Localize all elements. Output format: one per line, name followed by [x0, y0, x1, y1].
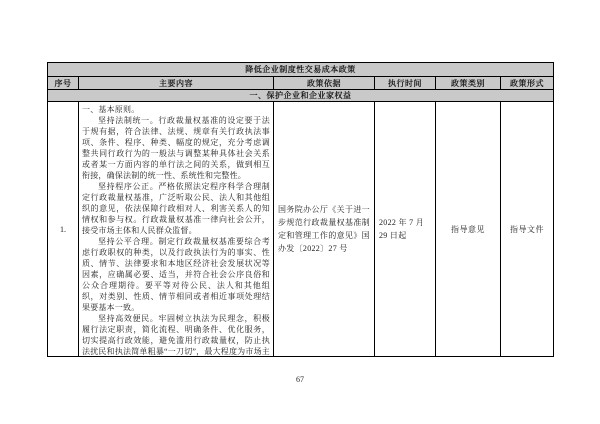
column-header-3: 执行时间 [375, 77, 436, 90]
column-header-4: 政策类别 [436, 77, 501, 90]
table-title-row: 降低企业制度性交易成本政策 [48, 63, 554, 77]
policy-table: 降低企业制度性交易成本政策 序号主要内容政策依据执行时间政策类别政策形式 一、保… [47, 62, 554, 357]
table-row: 1. 一、基本原则。坚持法制统一。行政裁量权基准的设定要于法于规有据，符合法律、… [48, 102, 554, 357]
column-header-5: 政策形式 [501, 77, 554, 90]
execution-time-cell: 2022 年 7 月 29 日起 [375, 102, 436, 357]
column-header-0: 序号 [48, 77, 79, 90]
column-header-2: 政策依据 [274, 77, 375, 90]
table-title: 降低企业制度性交易成本政策 [48, 63, 554, 77]
policy-basis-cell: 国务院办公厅《关于进一步规范行政裁量权基准制定和管理工作的意见》国办发〔2022… [274, 102, 375, 357]
section-row: 一、保护企业和企业家权益 [48, 90, 554, 102]
document-page: 降低企业制度性交易成本政策 序号主要内容政策依据执行时间政策类别政策形式 一、保… [0, 0, 600, 424]
policy-category-cell: 指导意见 [436, 102, 501, 357]
section-heading: 一、保护企业和企业家权益 [48, 90, 554, 102]
content-paragraph: 一、基本原则。 [82, 104, 270, 115]
main-content-cell-text: 一、基本原则。坚持法制统一。行政裁量权基准的设定要于法于规有据，符合法律、法规、… [79, 102, 273, 356]
content-paragraph: 坚持程序公正。严格依照法定程序科学合理制定行政裁量权基准，广泛听取公民、法人和其… [82, 181, 270, 236]
row-index-cell: 1. [48, 102, 79, 357]
main-content-cell: 一、基本原则。坚持法制统一。行政裁量权基准的设定要于法于规有据，符合法律、法规、… [79, 102, 274, 357]
content-paragraph: 坚持高效便民。牢固树立执法为民理念，积极履行法定职责，简化流程、明确条件、优化服… [82, 313, 270, 357]
content-paragraph: 坚持法制统一。行政裁量权基准的设定要于法于规有据，符合法律、法规、规章有关行政执… [82, 115, 270, 181]
policy-form-cell: 指导文件 [501, 102, 554, 357]
page-number: 67 [0, 375, 600, 384]
header-row: 序号主要内容政策依据执行时间政策类别政策形式 [48, 77, 554, 90]
column-header-1: 主要内容 [79, 77, 274, 90]
content-paragraph: 坚持公平合理。制定行政裁量权基准要综合考虑行政职权的种类，以及行政执法行为的事实… [82, 236, 270, 313]
